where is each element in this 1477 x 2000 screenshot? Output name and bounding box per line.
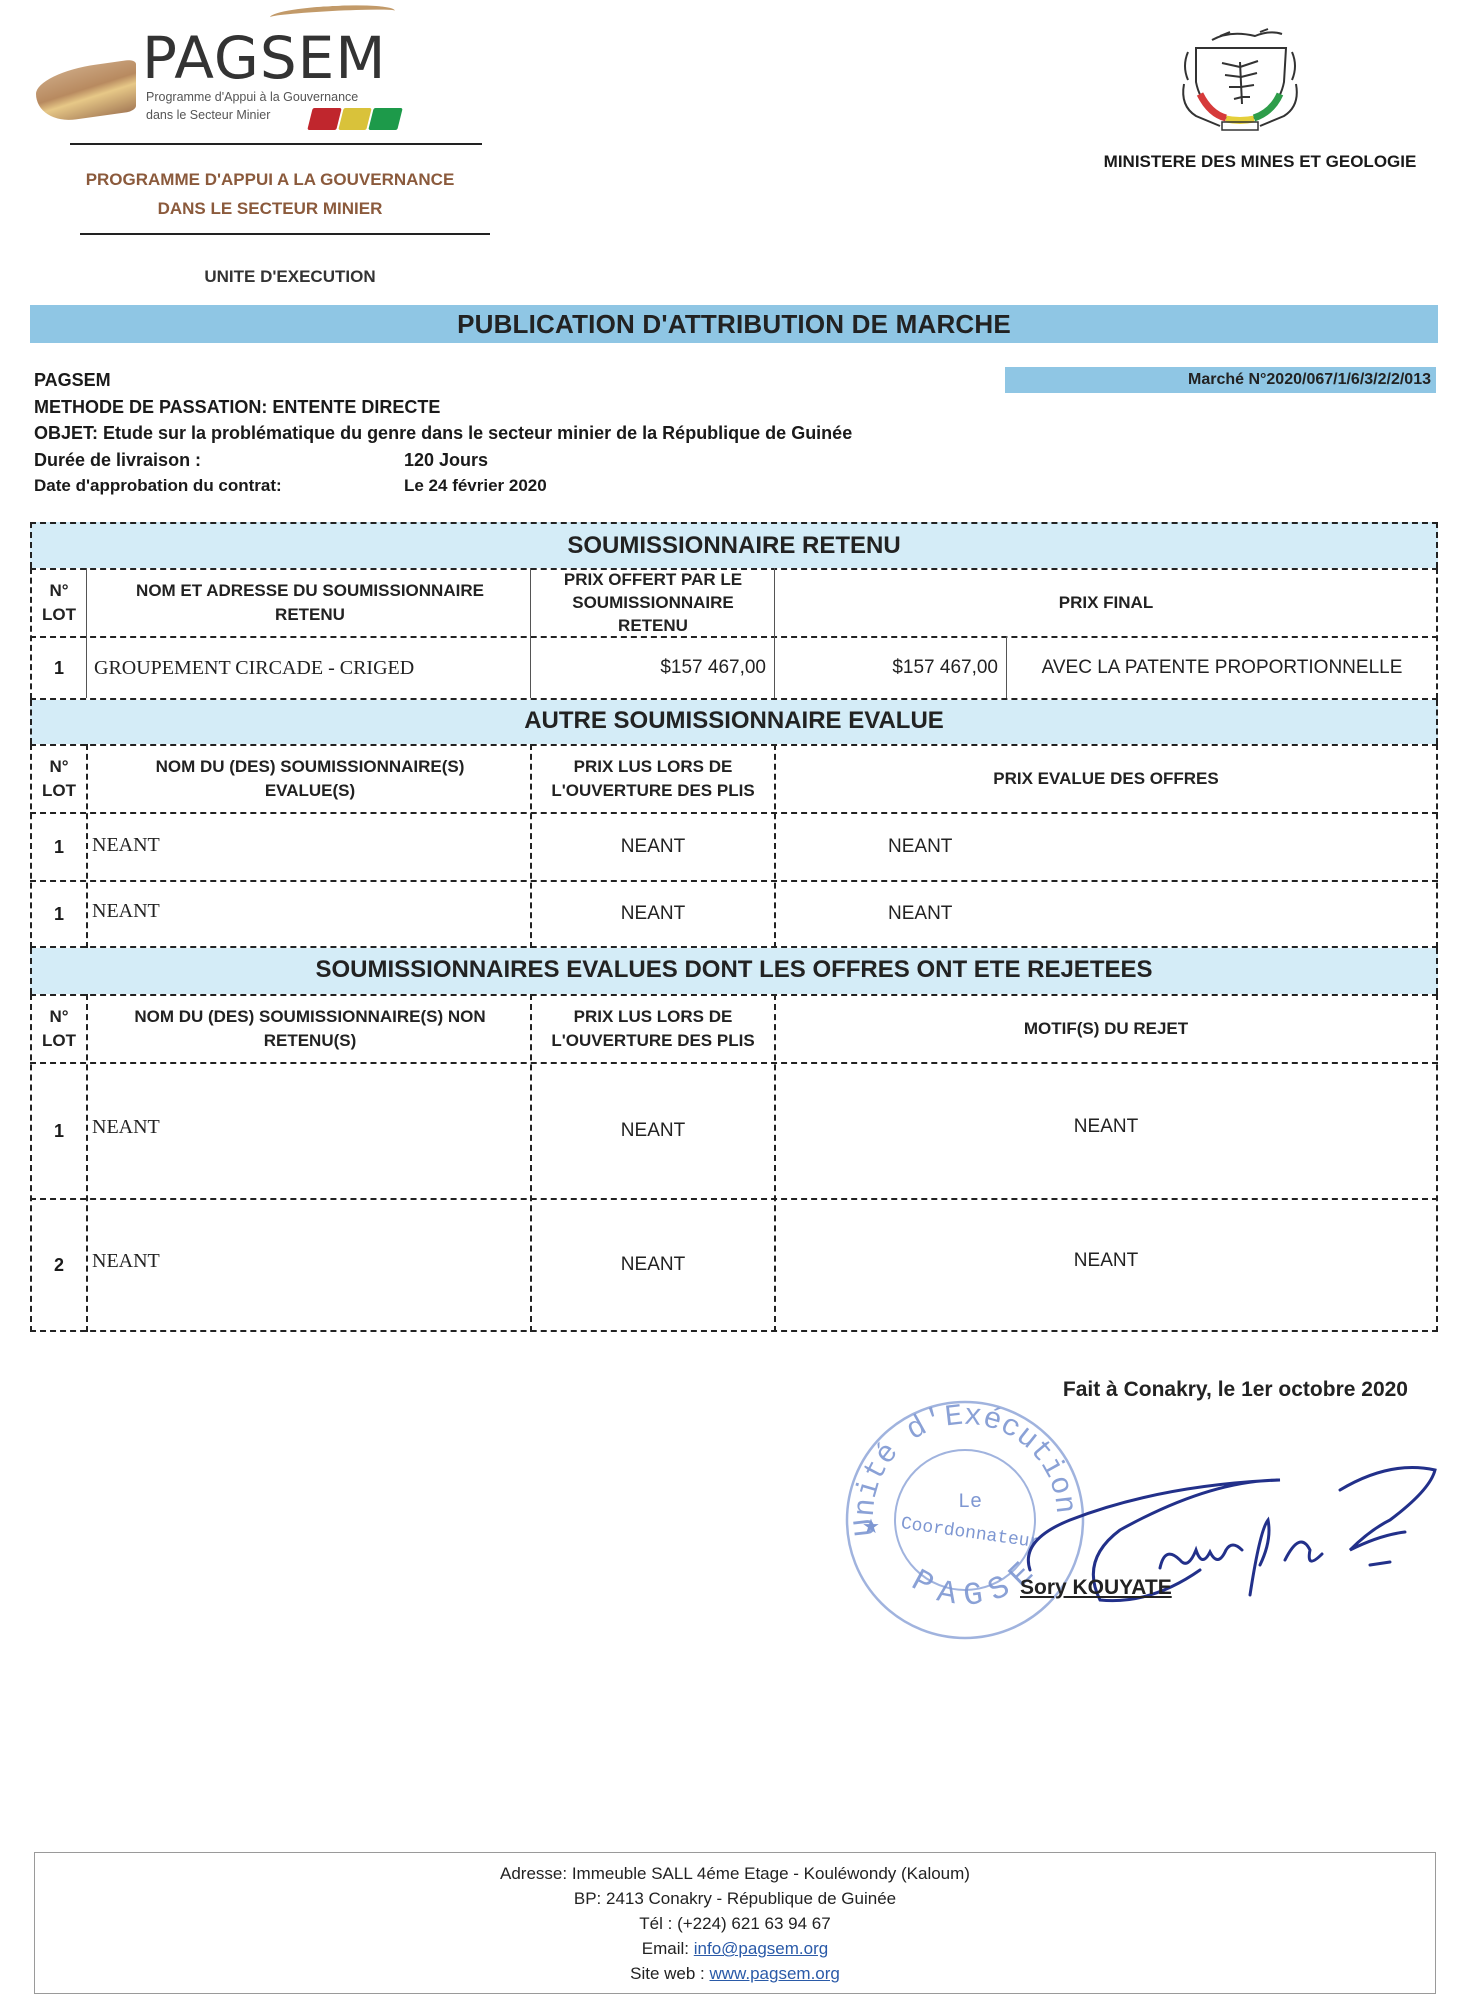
section-heading-retenu: SOUMISSIONNAIRE RETENU — [30, 522, 1438, 568]
section-heading-evalue: AUTRE SOUMISSIONNAIRE EVALUE — [30, 700, 1438, 744]
signer-name: Sory KOUYATE — [1020, 1576, 1172, 1600]
column-header-price-offered: PRIX OFFERT PAR LE SOUMISSIONNAIRE RETEN… — [532, 568, 774, 636]
price-offered: $157 467,00 — [532, 638, 774, 698]
logo-wordmark: PAGSEM — [142, 24, 386, 92]
price-evaluated: NEANT — [776, 814, 1436, 880]
procurement-method: METHODE DE PASSATION: ENTENTE DIRECTE — [34, 397, 440, 418]
price-read: NEANT — [532, 814, 774, 880]
column-header-name: NOM ET ADRESSE DU SOUMISSIONNAIRE RETENU — [90, 570, 530, 636]
unit-label: UNITE D'EXECUTION — [0, 267, 580, 287]
footer-phone: Tél : (+224) 621 63 94 67 — [35, 1911, 1435, 1936]
bidder-name: GROUPEMENT CIRCADE - CRIGED — [90, 638, 530, 698]
column-header-name: NOM DU (DES) SOUMISSIONNAIRE(S) EVALUE(S… — [90, 746, 530, 812]
column-header-lot: N° LOT — [32, 570, 86, 636]
lot-number: 1 — [32, 882, 86, 946]
pagsem-logo: PAGSEM Programme d'Appui à la Gouvernanc… — [30, 0, 450, 140]
table-soumissionnaire-retenu: SOUMISSIONNAIRE RETENU N° LOT NOM ET ADR… — [30, 522, 1438, 700]
table-offres-rejetees: SOUMISSIONNAIRES EVALUES DONT LES OFFRES… — [30, 948, 1438, 1332]
objet-line: OBJET: Etude sur la problématique du gen… — [34, 423, 852, 444]
approval-date-line: Date d'approbation du contrat: Le 24 fév… — [34, 476, 734, 496]
bidder-name: NEANT — [90, 814, 530, 880]
document-title: PUBLICATION D'ATTRIBUTION DE MARCHE — [457, 309, 1011, 339]
price-evaluated: NEANT — [776, 882, 1436, 946]
price-read: NEANT — [532, 1200, 774, 1330]
column-header-price-final: PRIX FINAL — [776, 570, 1436, 636]
footer-email-line: Email: info@pagsem.org — [35, 1936, 1435, 1961]
logo-swoosh-icon — [36, 59, 136, 125]
footer-address: Adresse: Immeuble SALL 4éme Etage - Koul… — [35, 1861, 1435, 1886]
document-title-bar: PUBLICATION D'ATTRIBUTION DE MARCHE — [30, 305, 1438, 343]
column-header-price-read: PRIX LUS LORS DE L'OUVERTURE DES PLIS — [532, 746, 774, 812]
footer-email-label: Email: — [642, 1939, 694, 1958]
price-read: NEANT — [532, 1064, 774, 1198]
lot-number: 2 — [32, 1200, 86, 1330]
price-final: $157 467,00 — [776, 638, 1006, 698]
bidder-name: NEANT — [90, 1200, 530, 1330]
email-link[interactable]: info@pagsem.org — [694, 1939, 828, 1958]
program-name-line1: PROGRAMME D'APPUI A LA GOUVERNANCE — [0, 170, 540, 190]
footer-po-box: BP: 2413 Conakry - République de Guinée — [35, 1886, 1435, 1911]
duree-label: Durée de livraison : — [34, 450, 201, 470]
rejection-reason: NEANT — [776, 1064, 1436, 1198]
flag-bricks-icon — [307, 108, 404, 130]
website-link[interactable]: www.pagsem.org — [709, 1964, 839, 1983]
guinea-coat-of-arms-icon — [1160, 22, 1320, 137]
svg-text:★: ★ — [862, 1516, 880, 1538]
lot-number: 1 — [32, 1064, 86, 1198]
column-header-lot: N° LOT — [32, 996, 86, 1062]
objet-value: Etude sur la problématique du genre dans… — [103, 423, 852, 443]
divider — [80, 233, 490, 235]
price-note: AVEC LA PATENTE PROPORTIONNELLE — [1008, 638, 1436, 698]
column-header-name: NOM DU (DES) SOUMISSIONNAIRE(S) NON RETE… — [90, 996, 530, 1062]
price-read: NEANT — [532, 882, 774, 946]
approval-date-label: Date d'approbation du contrat: — [34, 476, 282, 495]
svg-text:Le: Le — [958, 1491, 982, 1514]
bidder-name: NEANT — [90, 882, 530, 946]
logo-subtitle-line2: dans le Secteur Minier — [146, 108, 270, 122]
logo-subtitle-line1: Programme d'Appui à la Gouvernance — [146, 90, 358, 104]
column-header-price-read: PRIX LUS LORS DE L'OUVERTURE DES PLIS — [532, 996, 774, 1062]
footer-web-line: Site web : www.pagsem.org — [35, 1961, 1435, 1986]
column-header-price-evaluated: PRIX EVALUE DES OFFRES — [776, 746, 1436, 812]
footer-web-label: Site web : — [630, 1964, 709, 1983]
column-header-reason: MOTIF(S) DU REJET — [776, 996, 1436, 1062]
column-header-lot: N° LOT — [32, 746, 86, 812]
section-heading-rejetees: SOUMISSIONNAIRES EVALUES DONT LES OFFRES… — [30, 948, 1438, 994]
approval-date-value: Le 24 février 2020 — [404, 476, 547, 496]
organization: PAGSEM — [34, 370, 111, 391]
rejection-reason: NEANT — [776, 1200, 1436, 1330]
program-name-line2: DANS LE SECTEUR MINIER — [0, 199, 540, 219]
lot-number: 1 — [32, 638, 86, 698]
duree-value: 120 Jours — [404, 450, 488, 471]
divider — [70, 143, 482, 145]
ministry-name: MINISTERE DES MINES ET GEOLOGIE — [1040, 152, 1477, 172]
lot-number: 1 — [32, 814, 86, 880]
table-autre-soumissionnaire-evalue: AUTRE SOUMISSIONNAIRE EVALUE N° LOT NOM … — [30, 700, 1438, 948]
duree-line: Durée de livraison : 120 Jours — [34, 450, 734, 471]
bidder-name: NEANT — [90, 1064, 530, 1198]
objet-label: OBJET: — [34, 423, 98, 443]
footer-contact-box: Adresse: Immeuble SALL 4éme Etage - Koul… — [34, 1852, 1436, 1994]
logo-arc-icon — [270, 3, 396, 26]
marche-number: Marché N°2020/067/1/6/3/2/2/013 — [1005, 367, 1436, 393]
